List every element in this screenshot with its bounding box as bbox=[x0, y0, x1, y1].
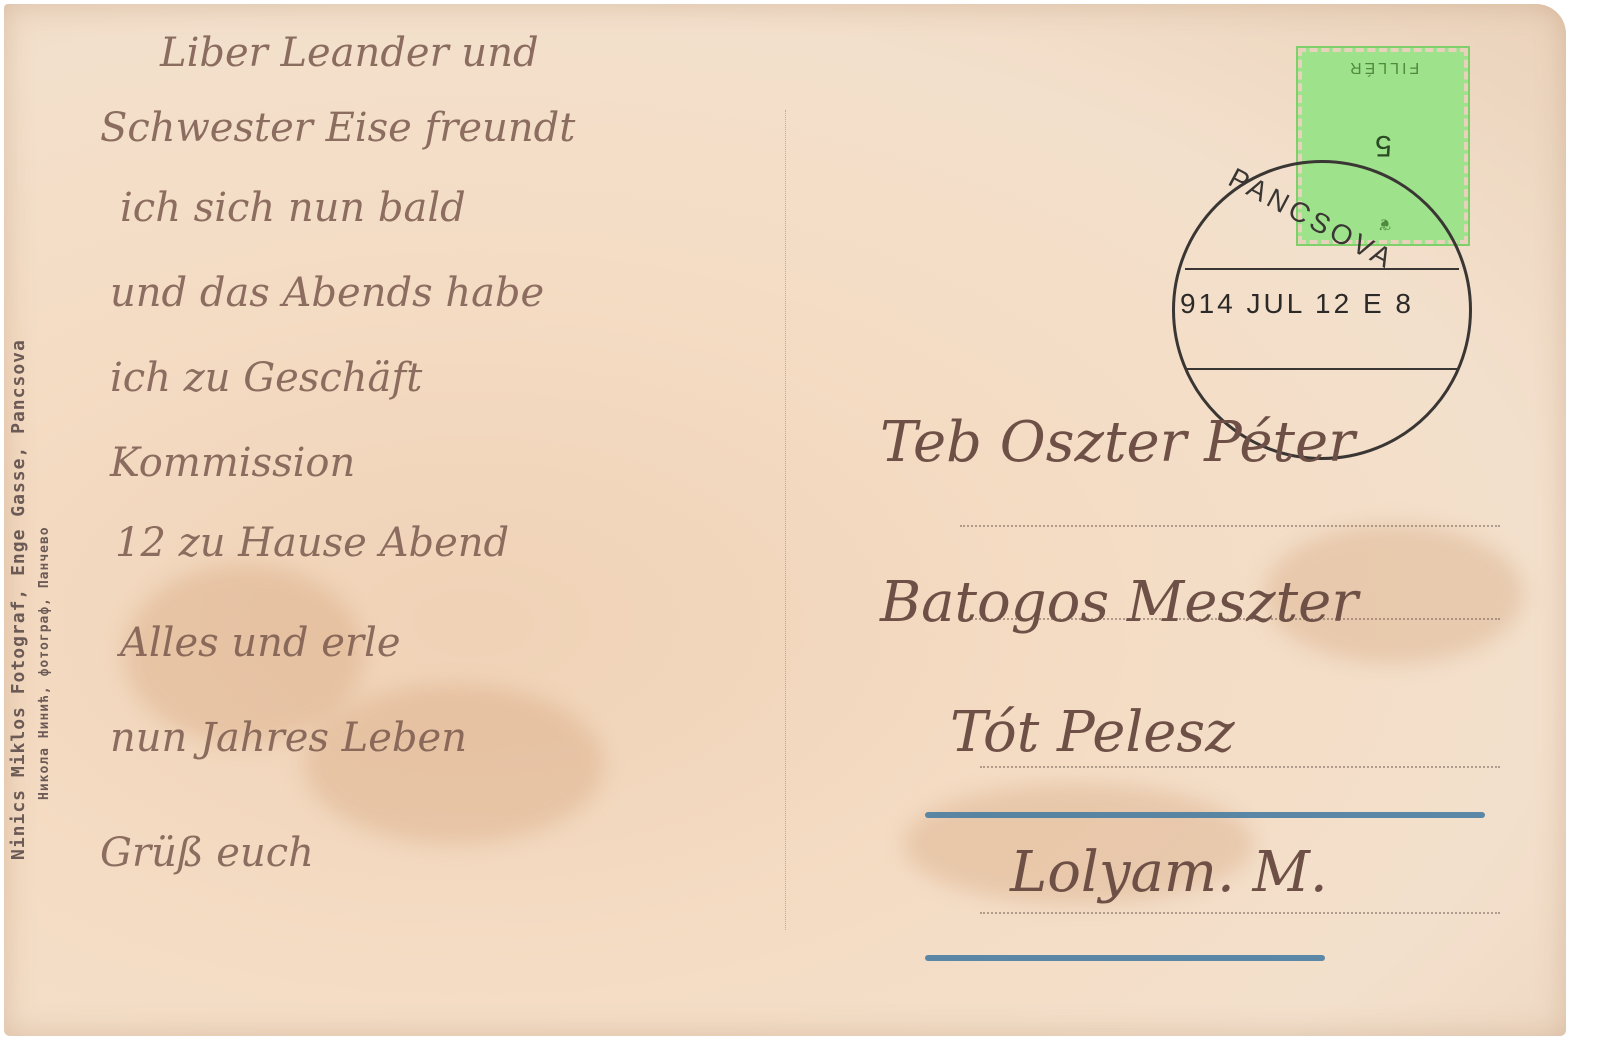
address-rule bbox=[960, 618, 1500, 620]
message-line: nun Jahres Leben bbox=[110, 715, 467, 761]
stamp-value: 5 bbox=[1375, 128, 1392, 162]
imprint-latin: Ninics Miklos Fotograf, Enge Gasse, Panc… bbox=[8, 339, 29, 860]
address-line: Lolyam. M. bbox=[1010, 840, 1328, 905]
postmark-bar bbox=[1185, 268, 1459, 270]
message-line: Alles und erle bbox=[120, 620, 401, 666]
address-line: Tót Pelesz bbox=[950, 700, 1235, 765]
blue-pencil-underline bbox=[925, 955, 1325, 961]
stain bbox=[304, 684, 604, 844]
message-line: Kommission bbox=[110, 440, 355, 486]
postmark-city: PANCSOVA bbox=[1223, 162, 1400, 276]
message-line: ich sich nun bald bbox=[120, 185, 466, 231]
publisher-imprint: Ninics Miklos Fotograf, Enge Gasse, Panc… bbox=[8, 339, 52, 860]
postmark-date: 914 JUL 12 E 8 bbox=[1180, 288, 1414, 320]
message-line: und das Abends habe bbox=[110, 270, 544, 316]
center-divider bbox=[785, 110, 786, 930]
message-line: Grüß euch bbox=[100, 830, 314, 876]
imprint-cyrillic: Никола Нинић, фотограф, Панчево bbox=[37, 339, 52, 800]
message-line: ich zu Geschäft bbox=[110, 355, 422, 401]
message-line: Schwester Eise freundt bbox=[100, 105, 575, 151]
postmark-bar bbox=[1185, 368, 1459, 370]
address-rule bbox=[980, 766, 1500, 768]
message-line: Liber Leander und bbox=[160, 30, 539, 76]
message-line: 12 zu Hause Abend bbox=[115, 520, 509, 566]
address-line: Teb Oszter Péter bbox=[880, 410, 1355, 475]
address-rule bbox=[960, 525, 1500, 527]
address-line: Batogos Meszter bbox=[880, 570, 1358, 635]
blue-pencil-underline bbox=[925, 812, 1485, 818]
address-rule bbox=[980, 912, 1500, 914]
stamp-currency: FILLÉR bbox=[1347, 58, 1419, 76]
